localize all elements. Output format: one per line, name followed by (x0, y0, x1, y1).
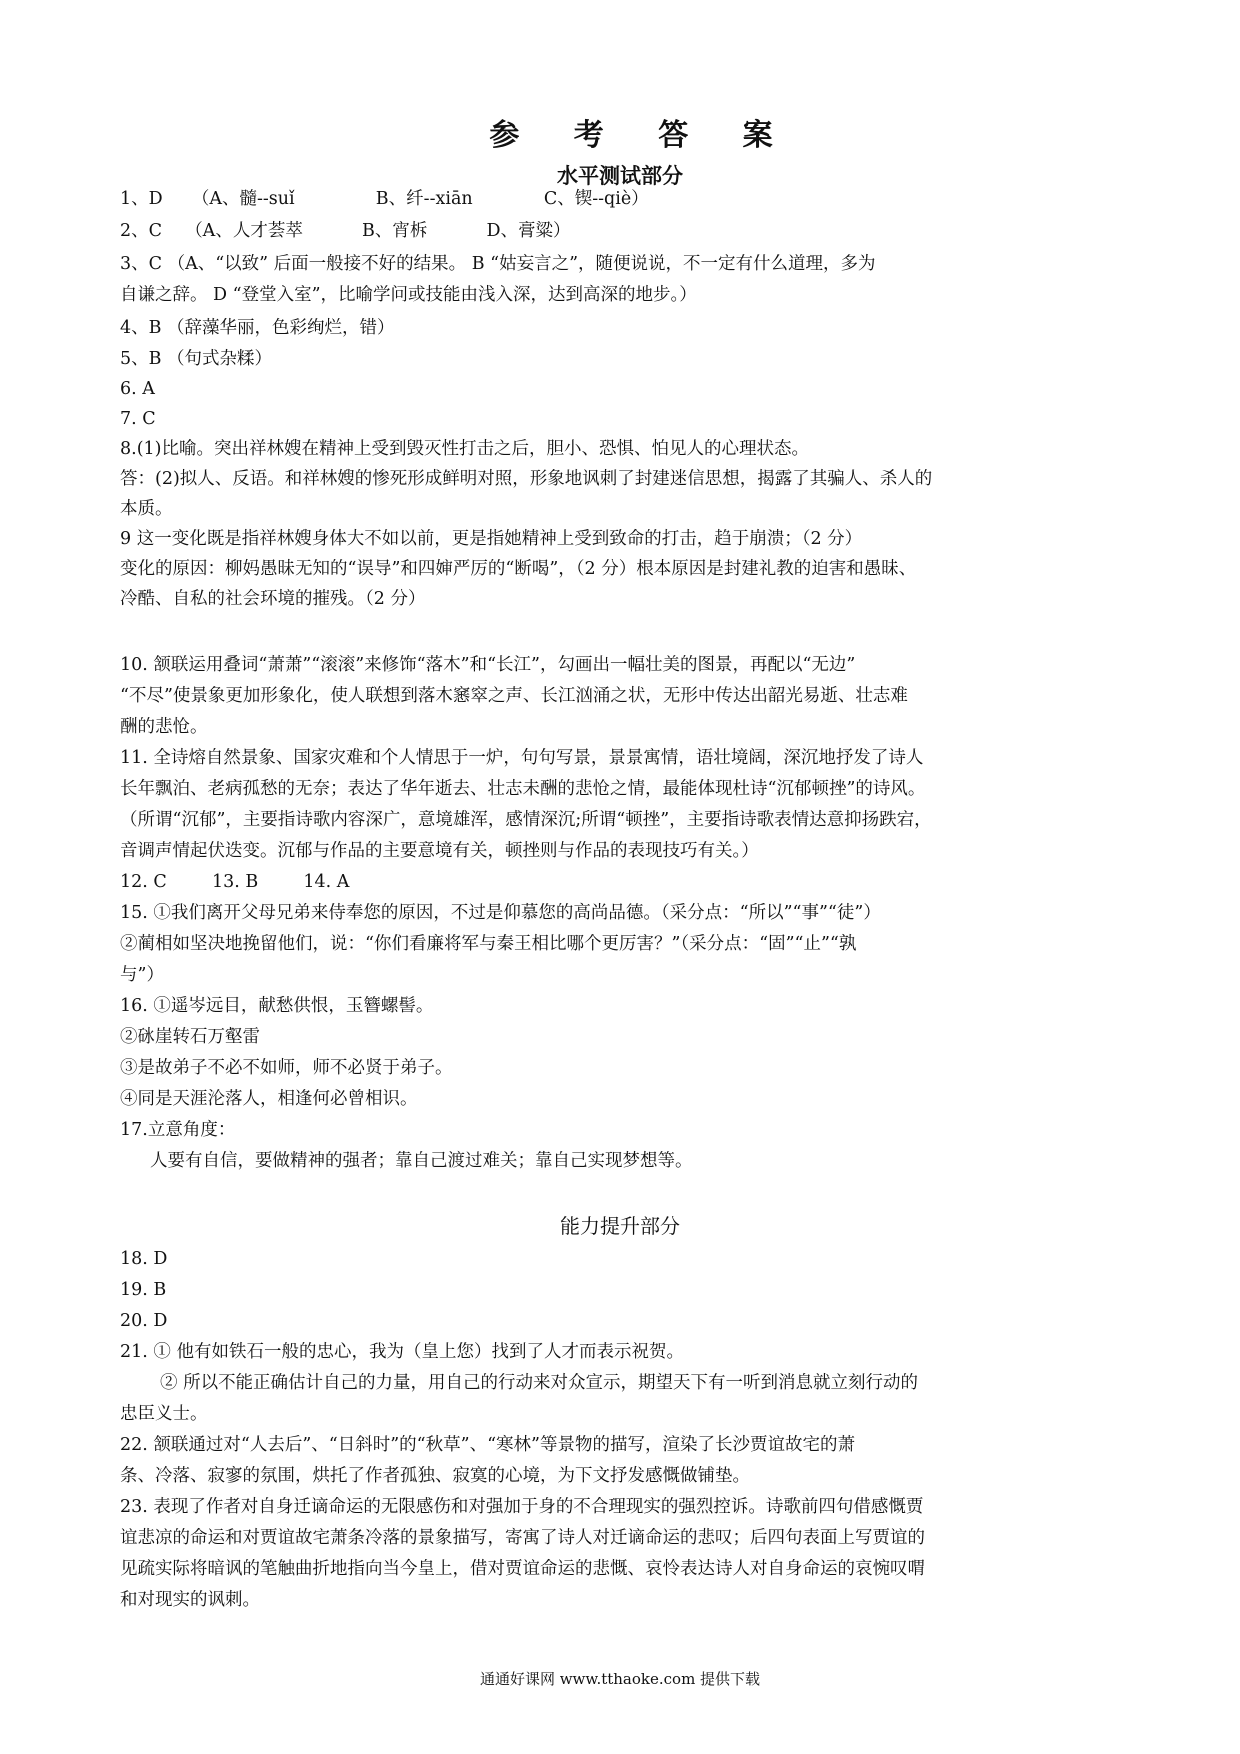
answer-q19: 19. B (120, 1274, 1130, 1307)
answer-q23-line4: 和对现实的讽刺。 (120, 1584, 1130, 1617)
answer-q8-line1: 8.(1)比喻。突出祥林嫂在精神上受到毁灭性打击之后，胆小、恐惧、怕见人的心理状… (120, 433, 1130, 466)
answer-q1: 1、D （A、髓--suǐ B、纤--xiān C、锲--qiè） (120, 183, 1130, 216)
answer-q11-line3: （所谓“沉郁”，主要指诗歌内容深广，意境雄浑，感情深沉;所谓“顿挫”，主要指诗歌… (120, 804, 1130, 837)
answer-q21-line2: ② 所以不能正确估计自己的力量，用自己的行动来对众宣示，期望天下有一听到消息就立… (160, 1367, 1170, 1400)
answer-q22-line2: 条、冷落、寂寥的氛围，烘托了作者孤独、寂寞的心境，为下文抒发感慨做铺垫。 (120, 1460, 1130, 1493)
answer-q17-line2: 人要有自信，要做精神的强者；靠自己渡过难关；靠自己实现梦想等。 (150, 1145, 1160, 1178)
answer-q12-14: 12. C 13. B 14. A (120, 866, 1130, 899)
answer-q10-line1: 10. 颔联运用叠词“萧萧”“滚滚”来修饰“落木”和“长江”，勾画出一幅壮美的图… (120, 649, 1130, 682)
answer-q23-line1: 23. 表现了作者对自身迁谪命运的无限感伤和对强加于身的不合理现实的强烈控诉。诗… (120, 1491, 1130, 1524)
answer-q21-line1: 21. ① 他有如铁石一般的忠心，我为（皇上您）找到了人才而表示祝贺。 (120, 1336, 1130, 1369)
answer-q7: 7. C (120, 403, 1130, 436)
answer-q6: 6. A (120, 373, 1130, 406)
answer-q18: 18. D (120, 1243, 1130, 1276)
answer-q3-line2: 自谦之辞。 D “登堂入室”，比喻学问或技能由浅入深，达到高深的地步。） (120, 279, 1130, 312)
answer-q11-line1: 11. 全诗熔自然景象、国家灾难和个人情思于一炉，句句写景，景景寓情，语壮境阔，… (120, 742, 1130, 775)
answer-option-a: （A、人才荟萃 (185, 221, 303, 241)
page-title: 参 考 答 案 (0, 110, 1240, 154)
answer-q3-line1: 3、C （A、“以致” 后面一般接不好的结果。 B “姑妄言之”，随便说说，不一… (120, 248, 1130, 281)
answer-label: 1、D (120, 189, 163, 209)
answer-q8-line3: 本质。 (120, 493, 1130, 526)
answer-q5: 5、B （句式杂糅） (120, 343, 1130, 376)
answer-q15-line3: 与”） (120, 959, 1130, 992)
answer-q23-line2: 谊悲凉的命运和对贾谊故宅萧条冷落的景象描写，寄寓了诗人对迁谪命运的悲叹；后四句表… (120, 1522, 1130, 1555)
answer-q11-line4: 音调声情起伏迭变。沉郁与作品的主要意境有关，顿挫则与作品的表现技巧有关。） (120, 835, 1130, 868)
answer-q16-line4: ④同是天涯沦落人，相逢何必曾相识。 (120, 1083, 1130, 1116)
answer-q13: 13. B (212, 872, 258, 892)
answer-q16-line3: ③是故弟子不必不如师，师不必贤于弟子。 (120, 1052, 1130, 1085)
answer-q4: 4、B （辞藻华丽，色彩绚烂，错） (120, 312, 1130, 345)
answer-q9-line3: 冷酷、自私的社会环境的摧残。（2 分） (120, 583, 1130, 616)
answer-q16-line1: 16. ①遥岑远目，献愁供恨，玉簪螺髻。 (120, 990, 1130, 1023)
page-footer: 通通好课网 www.tthaoke.com 提供下载 (0, 1668, 1240, 1689)
answer-q10-line3: 酬的悲怆。 (120, 711, 1130, 744)
answer-option-b: B、纤--xiān (376, 189, 473, 209)
answer-q23-line3: 见疏实际将暗讽的笔触曲折地指向当今皇上，借对贾谊命运的悲慨、哀怜表达诗人对自身命… (120, 1553, 1130, 1586)
answer-q20: 20. D (120, 1305, 1130, 1338)
answer-q2: 2、C （A、人才荟萃 B、宵柝 D、膏粱） (120, 215, 1130, 248)
answer-q17-line1: 17.立意角度： (120, 1114, 1130, 1147)
section-title-ability: 能力提升部分 (0, 1210, 1240, 1239)
answer-label: 2、C (120, 221, 162, 241)
answer-option-a: （A、髓--suǐ (192, 189, 295, 209)
answer-q15-line1: 15. ①我们离开父母兄弟来侍奉您的原因，不过是仰慕您的高尚品德。（采分点：“所… (120, 897, 1130, 930)
answer-key-page: 参 考 答 案 水平测试部分 1、D （A、髓--suǐ B、纤--xiān C… (0, 0, 1240, 1754)
answer-q22-line1: 22. 颔联通过对“人去后”、“日斜时”的“秋草”、“寒林”等景物的描写，渲染了… (120, 1429, 1130, 1462)
answer-q16-line2: ②砯崖转石万壑雷 (120, 1021, 1130, 1054)
answer-q21-line3: 忠臣义士。 (120, 1398, 1130, 1431)
answer-q10-line2: “不尽”使景象更加形象化，使人联想到落木窸窣之声、长江汹涌之状，无形中传达出韶光… (120, 680, 1130, 713)
answer-q11-line2: 长年飘泊、老病孤愁的无奈；表达了华年逝去、壮志未酬的悲怆之情，最能体现杜诗“沉郁… (120, 773, 1130, 806)
answer-option-d: D、膏粱） (487, 221, 571, 241)
answer-option-c: C、锲--qiè） (544, 189, 649, 209)
answer-option-b: B、宵柝 (362, 221, 427, 241)
answer-q8-line2: 答：(2)拟人、反语。和祥林嫂的惨死形成鲜明对照，形象地讽刺了封建迷信思想，揭露… (120, 463, 1130, 496)
answer-q15-line2: ②蔺相如坚决地挽留他们，说：“你们看廉将军与秦王相比哪个更厉害？”（采分点：“固… (120, 928, 1130, 961)
answer-q14: 14. A (303, 872, 349, 892)
answer-q9-line2: 变化的原因：柳妈愚昧无知的“误导”和四婶严厉的“断喝”，（2 分）根本原因是封建… (120, 553, 1130, 586)
answer-q12: 12. C (120, 872, 167, 892)
answer-q9-line1: 9 这一变化既是指祥林嫂身体大不如以前，更是指她精神上受到致命的打击，趋于崩溃；… (120, 523, 1130, 556)
